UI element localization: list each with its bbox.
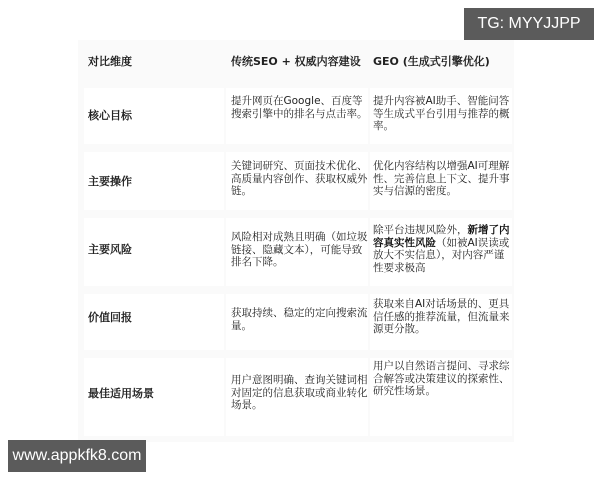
row-dimension: 价值回报 xyxy=(88,312,218,325)
row-seo: 提升网页在Google、百度等搜索引擎中的排名与点击率。 xyxy=(231,95,368,120)
table-row: 核心目标 提升网页在Google、百度等搜索引擎中的排名与点击率。 提升内容被A… xyxy=(78,84,514,148)
row-seo: 用户意图明确、查询关键词相对固定的信息获取或商业转化场景。 xyxy=(231,374,368,412)
row-geo: 获取来自AI对话场景的、更具信任感的推荐流量，但流量来源更分散。 xyxy=(373,298,510,336)
geo-risk-prefix: 除平台违规风险外， xyxy=(373,224,468,236)
table-row: 主要风险 风险相对成熟且明确（如垃圾链接、隐藏文本），可能导致排名下降。 除平台… xyxy=(78,214,514,290)
row-seo: 获取持续、稳定的定向搜索流量。 xyxy=(231,307,368,332)
watermark-url: www.appkfk8.com xyxy=(8,440,146,472)
row-dimension: 最佳适用场景 xyxy=(88,388,218,401)
row-geo: 用户以自然语言提问、寻求综合解答或决策建议的探索性、研究性场景。 xyxy=(373,360,510,398)
watermark-telegram: TG: MYYJJPP xyxy=(464,8,594,40)
table-row: 最佳适用场景 用户意图明确、查询关键词相对固定的信息获取或商业转化场景。 用户以… xyxy=(78,354,514,440)
row-geo: 优化内容结构以增强AI可理解性、完善信息上下文、提升事实与信源的密度。 xyxy=(373,160,510,198)
row-seo: 关键词研究、页面技术优化、高质量内容创作、获取权威外链。 xyxy=(231,160,368,198)
row-geo: 提升内容被AI助手、智能问答等生成式平台引用与推荐的概率。 xyxy=(373,95,510,133)
row-seo: 风险相对成熟且明确（如垃圾链接、隐藏文本），可能导致排名下降。 xyxy=(231,231,368,269)
table-row: 价值回报 获取持续、稳定的定向搜索流量。 获取来自AI对话场景的、更具信任感的推… xyxy=(78,290,514,354)
header-seo: 传统SEO + 权威内容建设 xyxy=(231,56,371,69)
table-header-row: 对比维度 传统SEO + 权威内容建设 GEO (生成式引擎优化) xyxy=(78,40,514,84)
header-dimension: 对比维度 xyxy=(88,56,218,69)
header-geo: GEO (生成式引擎优化) xyxy=(373,56,513,69)
comparison-table: 对比维度 传统SEO + 权威内容建设 GEO (生成式引擎优化) 核心目标 提… xyxy=(78,40,514,442)
row-dimension: 主要操作 xyxy=(88,176,218,189)
row-dimension: 主要风险 xyxy=(88,244,218,257)
row-geo: 除平台违规风险外，新增了内容真实性风险（如被AI误读或放大不实信息），对内容严谨… xyxy=(373,224,510,274)
table-row: 主要操作 关键词研究、页面技术优化、高质量内容创作、获取权威外链。 优化内容结构… xyxy=(78,148,514,214)
row-dimension: 核心目标 xyxy=(88,110,218,123)
